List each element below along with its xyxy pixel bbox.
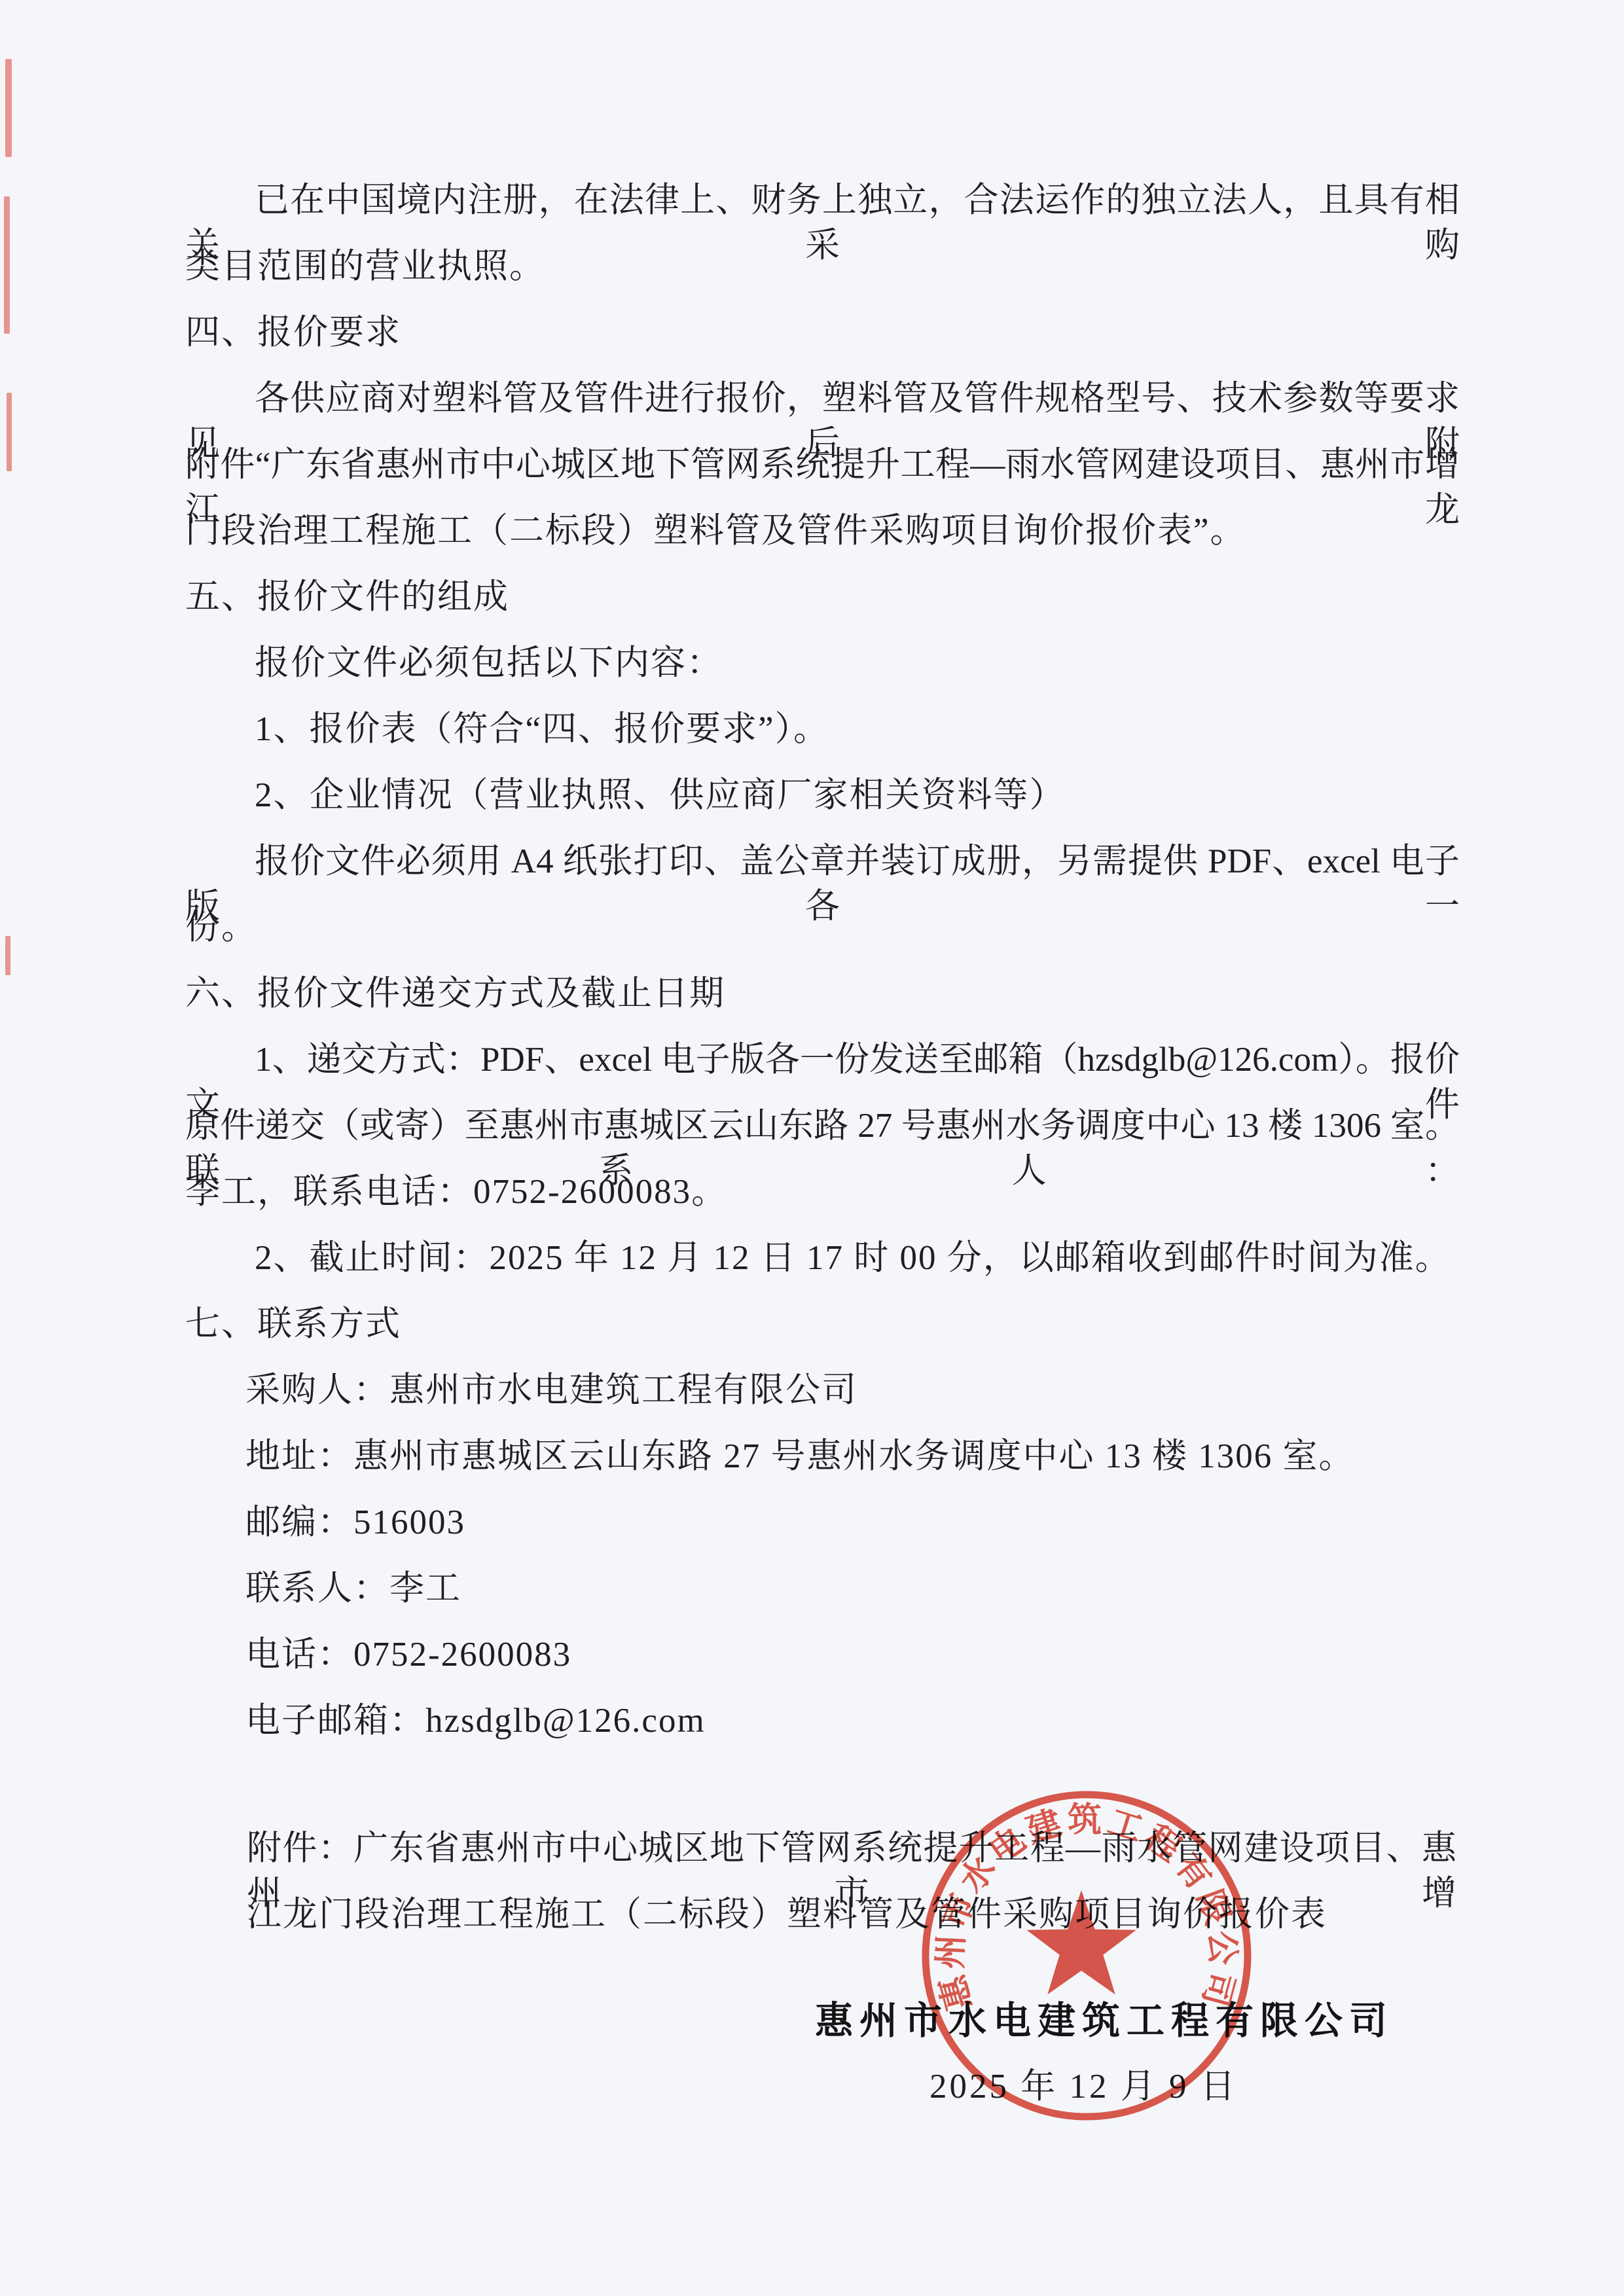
address-line: 地址：惠州市惠城区云山东路 27 号惠州水务调度中心 13 楼 1306 室。: [185, 1434, 1460, 1479]
scan-artifact: [5, 936, 10, 975]
scan-artifact: [5, 59, 12, 157]
section-heading-7: 七、联系方式: [185, 1302, 1460, 1347]
postcode-line: 邮编：516003: [185, 1500, 1460, 1545]
document-page: 已在中国境内注册，在法律上、财务上独立，合法运作的独立法人，且具有相关采购 类目…: [0, 0, 1624, 2296]
attachment-line-2: 江龙门段治理工程施工（二标段）塑料管及管件采购项目询价报价表: [247, 1892, 1456, 1937]
doc-line: 1、报价表（符合“四、报价要求”）。: [185, 707, 1460, 752]
section-heading-4: 四、报价要求: [185, 310, 1460, 355]
scan-artifact: [7, 393, 12, 471]
doc-line: 门段治理工程施工（二标段）塑料管及管件采购项目询价报价表”。: [185, 509, 1460, 554]
doc-line: 份。: [185, 905, 1460, 950]
section-heading-5: 五、报价文件的组成: [185, 575, 1460, 620]
phone-line: 电话：0752-2600083: [185, 1632, 1460, 1677]
doc-line: 2、截止时间：2025 年 12 月 12 日 17 时 00 分，以邮箱收到邮…: [185, 1236, 1460, 1281]
doc-line: 2、企业情况（营业执照、供应商厂家相关资料等）: [185, 773, 1460, 818]
doc-line: 报价文件必须包括以下内容：: [185, 641, 1460, 686]
signature-company: 惠州市水电建筑工程有限公司: [815, 1990, 1394, 2045]
email-line: 电子邮箱：hzsdglb@126.com: [185, 1698, 1460, 1744]
contact-line: 联系人：李工: [185, 1566, 1460, 1611]
doc-line: 李工，联系电话：0752-2600083。: [185, 1170, 1460, 1215]
purchaser-line: 采购人：惠州市水电建筑工程有限公司: [185, 1368, 1460, 1413]
signature-date: 2025 年 12 月 9 日: [929, 2058, 1238, 2108]
section-heading-6: 六、报价文件递交方式及截止日期: [185, 971, 1460, 1016]
doc-line: 类目范围的营业执照。: [185, 244, 1460, 289]
scan-artifact: [4, 196, 10, 334]
